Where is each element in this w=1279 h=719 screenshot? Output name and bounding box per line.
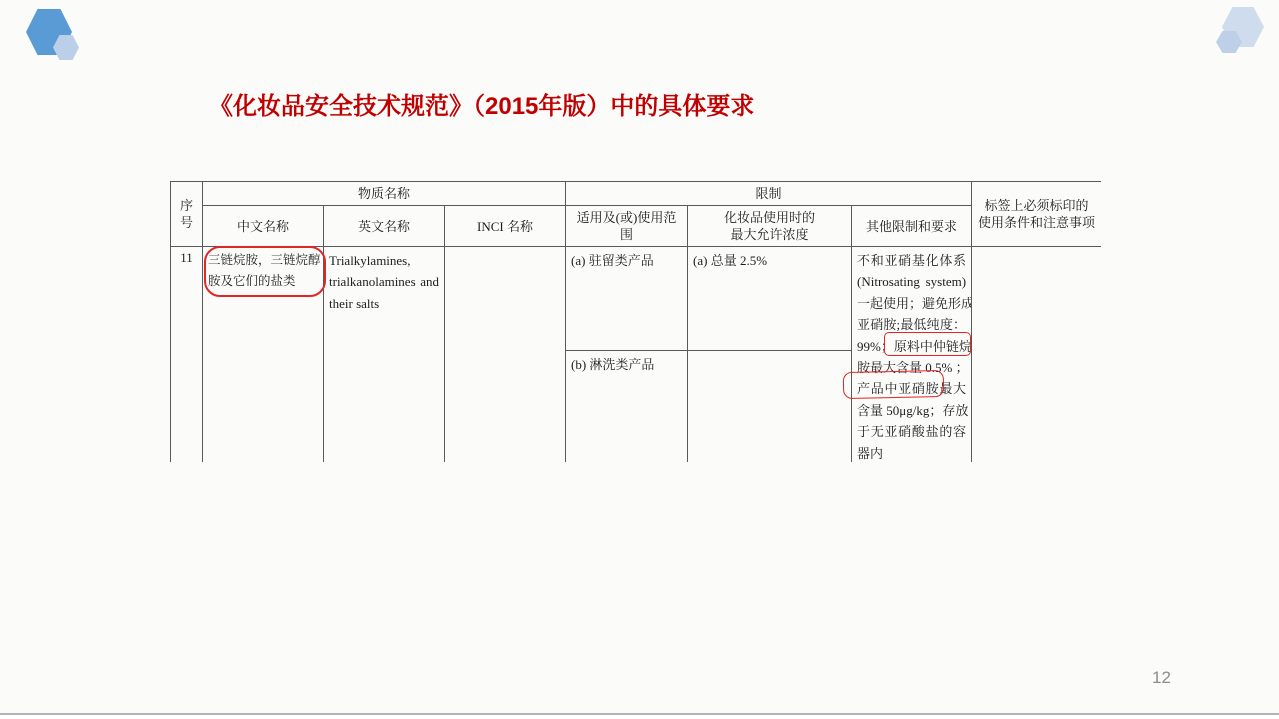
presentation-slide: 《化妆品安全技术规范》（2015年版）中的具体要求 序号 物质名称 限制 标签上… <box>0 0 1279 719</box>
header-label-requirements: 标签上必须标印的 使用条件和注意事项 <box>972 182 1101 247</box>
english-name-line: Trialkylamines, <box>329 250 439 271</box>
other-limits-line: 一起使用；避免形成 <box>857 293 966 314</box>
page-number: 12 <box>1152 668 1192 688</box>
header-index: 序号 <box>171 182 203 247</box>
header-max-concentration-line2: 最大允许浓度 <box>693 226 846 243</box>
header-chinese-name: 中文名称 <box>203 206 324 247</box>
other-limits-line: 不和亚硝基化体系 <box>857 250 966 271</box>
cell-label-requirements <box>972 247 1101 463</box>
header-label-line2: 使用条件和注意事项 <box>977 214 1096 231</box>
red-box-annotation-nitrosamine <box>843 370 945 399</box>
red-box-annotation-raw-material <box>884 332 971 356</box>
cell-scope-a: (a) 驻留类产品 <box>566 247 688 351</box>
other-limits-line: (Nitrosating system) <box>857 271 966 292</box>
cell-index: 11 <box>171 247 203 463</box>
header-max-concentration-line1: 化妆品使用时的 <box>693 209 846 226</box>
cell-english-name: Trialkylamines, trialkanolamines and the… <box>324 247 445 463</box>
slide-title: 《化妆品安全技术规范》（2015年版）中的具体要求 <box>209 92 1109 122</box>
header-label-line1: 标签上必须标印的 <box>977 197 1096 214</box>
cell-scope-b: (b) 淋洗类产品 <box>566 350 688 462</box>
red-oval-annotation-chinese-name <box>204 246 326 297</box>
english-name-line: their salts <box>329 293 439 314</box>
table-header-row-2: 中文名称 英文名称 INCI 名称 适用及(或)使用范围 化妆品使用时的 最大允… <box>171 206 1102 247</box>
table-header-row-1: 序号 物质名称 限制 标签上必须标印的 使用条件和注意事项 <box>171 182 1102 206</box>
slide-bottom-edge <box>0 715 1279 719</box>
header-english-name: 英文名称 <box>324 206 445 247</box>
header-scope: 适用及(或)使用范围 <box>566 206 688 247</box>
other-limits-line: 于无亚硝酸盐的容 <box>857 421 966 442</box>
cell-concentration-b <box>688 350 852 462</box>
other-limits-line: 含量 50μg/kg；存放 <box>857 400 966 421</box>
other-limits-line: 器内 <box>857 443 966 462</box>
header-substance-group: 物质名称 <box>203 182 566 206</box>
header-restriction-group: 限制 <box>566 182 972 206</box>
header-max-concentration: 化妆品使用时的 最大允许浓度 <box>688 206 852 247</box>
cell-inci-name <box>445 247 566 463</box>
header-other-limits: 其他限制和要求 <box>852 206 972 247</box>
cell-concentration-a: (a) 总量 2.5% <box>688 247 852 351</box>
english-name-line: trialkanolamines and <box>329 271 439 292</box>
regulation-table: 序号 物质名称 限制 标签上必须标印的 使用条件和注意事项 中文名称 英文名称 … <box>170 181 1101 462</box>
header-inci-name: INCI 名称 <box>445 206 566 247</box>
